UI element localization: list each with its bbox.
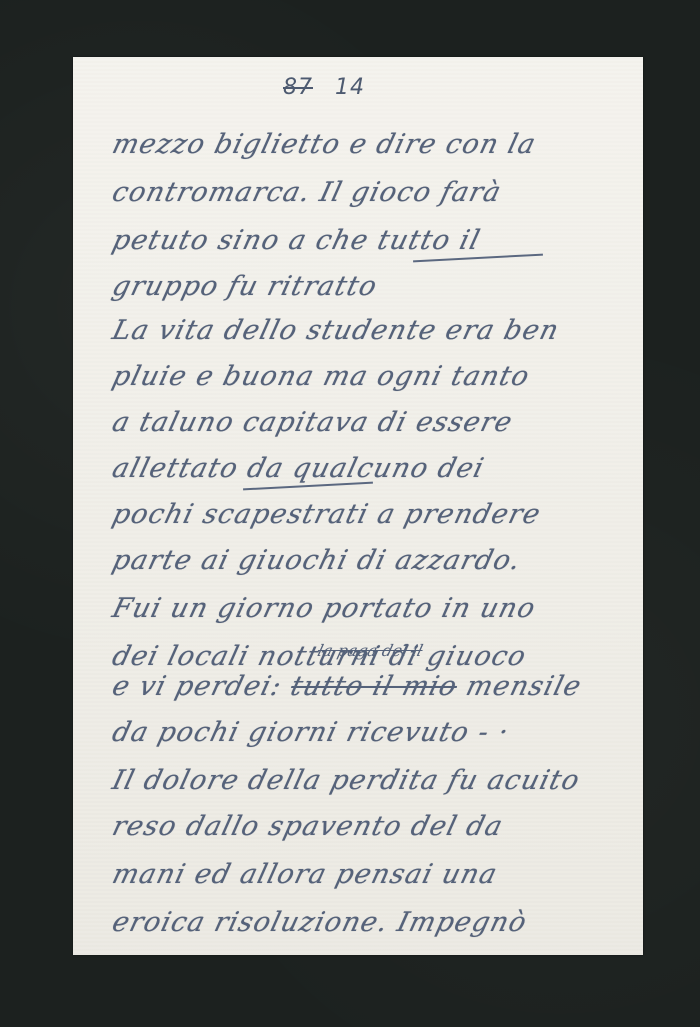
struck-text: tutto il mio bbox=[288, 671, 461, 702]
current-page-number: 14 bbox=[335, 75, 365, 100]
struck-page-number: 87 bbox=[283, 75, 313, 100]
text-line: Fui un giorno portato in uno bbox=[109, 593, 629, 624]
text-line: reso dallo spavento del da bbox=[109, 811, 629, 842]
manuscript-page: 87 14 mezzo biglietto e dire con la cont… bbox=[73, 57, 643, 955]
text-line: contromarca. Il gioco farà bbox=[109, 177, 629, 208]
text-line: petuto sino a che tutto il bbox=[109, 225, 629, 256]
correction-above: la paga del il bbox=[316, 641, 425, 660]
text-line: eroica risoluzione. Impegnò bbox=[109, 907, 629, 938]
page-number: 87 14 bbox=[283, 75, 365, 100]
text-line: La vita dello studente era ben bbox=[109, 315, 629, 346]
text-line: allettato da qualcuno dei bbox=[109, 453, 629, 484]
text-line: da pochi giorni ricevuto - · bbox=[109, 717, 629, 748]
text-fragment: mensile bbox=[463, 671, 585, 702]
text-fragment: e vi perdei: bbox=[109, 671, 285, 702]
text-line: pluie e buona ma ogni tanto bbox=[109, 361, 629, 392]
text-line: a taluno capitava di essere bbox=[109, 407, 629, 438]
text-line: gruppo fu ritratto bbox=[109, 271, 629, 302]
text-line: mani ed allora pensai una bbox=[109, 859, 629, 890]
text-line: parte ai giuochi di azzardo. bbox=[109, 545, 629, 576]
text-line-with-corrections: e vi perdei: tutto il mio mensile bbox=[109, 671, 629, 702]
text-line: pochi scapestrati a prendere bbox=[109, 499, 629, 530]
text-line: mezzo biglietto e dire con la bbox=[109, 129, 629, 160]
text-line: Il dolore della perdita fu acuito bbox=[109, 765, 629, 796]
